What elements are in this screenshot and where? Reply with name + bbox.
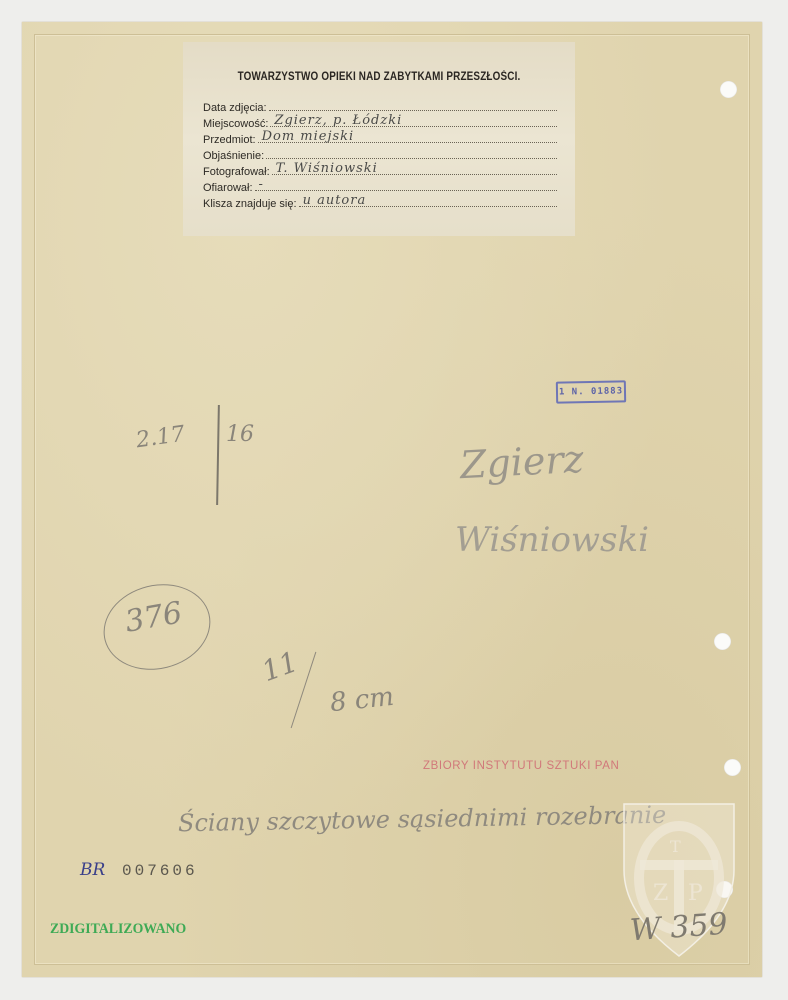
field-dots bbox=[266, 146, 557, 159]
punch-hole bbox=[724, 759, 741, 776]
svg-text:T: T bbox=[670, 837, 681, 856]
svg-text:Z: Z bbox=[653, 881, 668, 906]
field-objasnienie: Objaśnienie: bbox=[203, 146, 557, 162]
field-dots: - bbox=[255, 178, 557, 191]
svg-text:P: P bbox=[688, 881, 703, 906]
field-value: T. Wiśniowski bbox=[276, 161, 378, 176]
digitized-stamp: ZDIGITALIZOWANO bbox=[50, 921, 186, 938]
registration-label: TOWARZYSTWO OPIEKI NAD ZABYTKAMI PRZESZŁ… bbox=[183, 42, 575, 236]
punch-hole bbox=[714, 633, 731, 650]
field-miejscowosc: Miejscowość: Zgierz, p. Łódzki bbox=[203, 114, 557, 130]
institute-stamp: ZBIORY INSTYTUTU SZTUKI PAN bbox=[423, 760, 619, 772]
field-przedmiot: Przedmiot: Dom miejski bbox=[203, 130, 557, 146]
field-klisza: Klisza znajduje się: u autora bbox=[203, 194, 557, 210]
field-dots bbox=[269, 98, 557, 111]
field-label: Klisza znajduje się: bbox=[203, 198, 297, 210]
field-label: Ofiarował: bbox=[203, 182, 253, 194]
field-dots: T. Wiśniowski bbox=[272, 162, 557, 175]
br-prefix: BR bbox=[80, 860, 105, 880]
field-label: Objaśnienie: bbox=[203, 150, 264, 162]
field-data-zdjecia: Data zdjęcia: bbox=[203, 98, 557, 114]
field-label: Miejscowość: bbox=[203, 118, 268, 130]
field-value: u autora bbox=[303, 193, 367, 208]
field-fotografowal: Fotografował: T. Wiśniowski bbox=[203, 162, 557, 178]
field-dots: Zgierz, p. Łódzki bbox=[270, 114, 557, 127]
pencil-number-right: 16 bbox=[226, 422, 254, 447]
inventory-stamp: 1 N. 01883 bbox=[556, 380, 626, 403]
field-value: - bbox=[259, 177, 264, 192]
pencil-catalog-number: W 359 bbox=[629, 907, 729, 949]
field-label: Przedmiot: bbox=[203, 134, 256, 146]
br-number: 007606 bbox=[122, 862, 198, 880]
label-title: TOWARZYSTWO OPIEKI NAD ZABYTKAMI PRZESZŁ… bbox=[210, 71, 547, 83]
field-dots: u autora bbox=[299, 194, 557, 207]
field-value: Dom miejski bbox=[262, 129, 355, 144]
pencil-author: Wiśniowski bbox=[455, 520, 649, 560]
field-label: Data zdjęcia: bbox=[203, 102, 267, 114]
punch-hole bbox=[720, 81, 737, 98]
pencil-place: Zgierz bbox=[459, 437, 585, 487]
field-ofiarowal: Ofiarował: - bbox=[203, 178, 557, 194]
field-value: Zgierz, p. Łódzki bbox=[274, 113, 402, 128]
field-dots: Dom miejski bbox=[258, 130, 557, 143]
